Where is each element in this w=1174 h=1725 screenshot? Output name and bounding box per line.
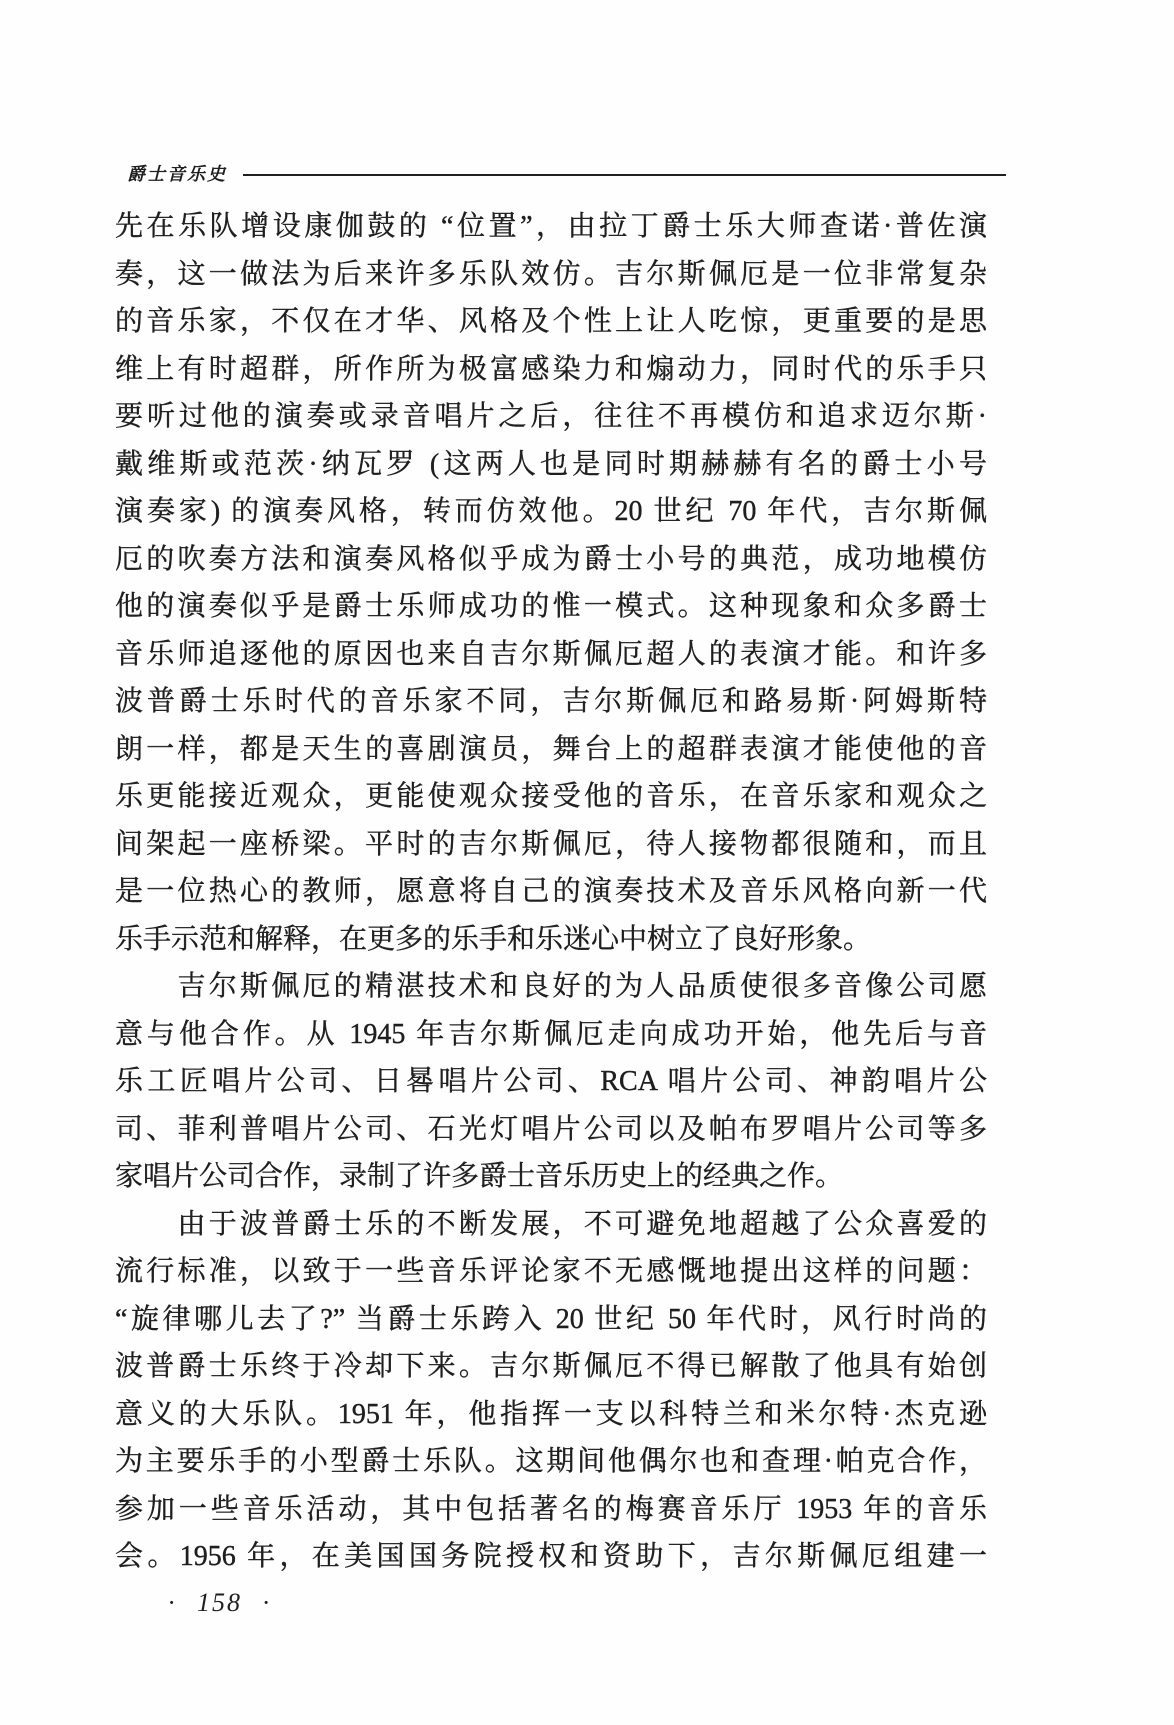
text-line: 要听过他的演奏或录音唱片之后，往往不再模仿和追求迈尔斯· [115, 393, 987, 441]
text-line: 流行标准，以致于一些音乐评论家不无感慨地提出这样的问题： [115, 1248, 987, 1296]
text-line: 的音乐家，不仅在才华、风格及个性上让人吃惊，更重要的是思 [115, 298, 987, 346]
text-line: 家唱片公司合作，录制了许多爵士音乐历史上的经典之作。 [115, 1153, 987, 1201]
text-line: 会。1956 年，在美国国务院授权和资助下，吉尔斯佩厄组建一 [115, 1533, 987, 1581]
text-line: 朗一样，都是天生的喜剧演员，舞台上的超群表演才能使他的音 [115, 726, 987, 774]
text-line: 司、菲利普唱片公司、石光灯唱片公司以及帕布罗唱片公司等多 [115, 1106, 987, 1154]
text-line: 厄的吹奏方法和演奏风格似乎成为爵士小号的典范，成功地模仿 [115, 536, 987, 584]
text-line: 戴维斯或范茨·纳瓦罗 (这两人也是同时期赫赫有名的爵士小号 [115, 441, 987, 489]
text-line: “旋律哪儿去了?” 当爵士乐跨入 20 世纪 50 年代时，风行时尚的 [115, 1296, 987, 1344]
running-head-title: 爵士音乐史 [127, 160, 227, 186]
text-line: 演奏家) 的演奏风格，转而仿效他。20 世纪 70 年代，吉尔斯佩 [115, 488, 987, 536]
text-line: 意与他合作。从 1945 年吉尔斯佩厄走向成功开始，他先后与音 [115, 1011, 987, 1059]
page-footer: · 158 · [168, 1588, 271, 1618]
text-line: 乐更能接近观众，更能使观众接受他的音乐，在音乐家和观众之 [115, 773, 987, 821]
text-line: 乐工匠唱片公司、日晷唱片公司、RCA 唱片公司、神韵唱片公 [115, 1058, 987, 1106]
text-line: 意义的大乐队。1951 年，他指挥一支以科特兰和米尔特·杰克逊 [115, 1391, 987, 1439]
text-line: 间架起一座桥梁。平时的吉尔斯佩厄，待人接物都很随和，而且 [115, 821, 987, 869]
text-line: 参加一些音乐活动，其中包括著名的梅赛音乐厅 1953 年的音乐 [115, 1486, 987, 1534]
body-text: 先在乐队增设康伽鼓的 “位置”，由拉丁爵士乐大师查诺·普佐演奏，这一做法为后来许… [115, 203, 987, 1581]
text-line: 是一位热心的教师，愿意将自己的演奏技术及音乐风格向新一代 [115, 868, 987, 916]
book-page: 爵士音乐史 先在乐队增设康伽鼓的 “位置”，由拉丁爵士乐大师查诺·普佐演奏，这一… [0, 0, 1174, 1725]
text-line: 维上有时超群，所作所为极富感染力和煽动力，同时代的乐手只 [115, 346, 987, 394]
text-line: 先在乐队增设康伽鼓的 “位置”，由拉丁爵士乐大师查诺·普佐演 [115, 203, 987, 251]
text-line: 为主要乐手的小型爵士乐队。这期间他偶尔也和查理·帕克合作， [115, 1438, 987, 1486]
text-line: 奏，这一做法为后来许多乐队效仿。吉尔斯佩厄是一位非常复杂 [115, 251, 987, 299]
text-line: 波普爵士乐时代的音乐家不同，吉尔斯佩厄和路易斯·阿姆斯特 [115, 678, 987, 726]
text-line: 他的演奏似乎是爵士乐师成功的惟一模式。这种现象和众多爵士 [115, 583, 987, 631]
page-number: · 158 · [168, 1588, 271, 1617]
page-header: 爵士音乐史 [127, 160, 1006, 186]
text-line: 音乐师追逐他的原因也来自吉尔斯佩厄超人的表演才能。和许多 [115, 631, 987, 679]
text-line: 波普爵士乐终于冷却下来。吉尔斯佩厄不得已解散了他具有始创 [115, 1343, 987, 1391]
text-line: 吉尔斯佩厄的精湛技术和良好的为人品质使很多音像公司愿 [115, 963, 987, 1011]
text-line: 乐手示范和解释，在更多的乐手和乐迷心中树立了良好形象。 [115, 916, 987, 964]
header-rule [243, 174, 1006, 176]
text-line: 由于波普爵士乐的不断发展，不可避免地超越了公众喜爱的 [115, 1201, 987, 1249]
